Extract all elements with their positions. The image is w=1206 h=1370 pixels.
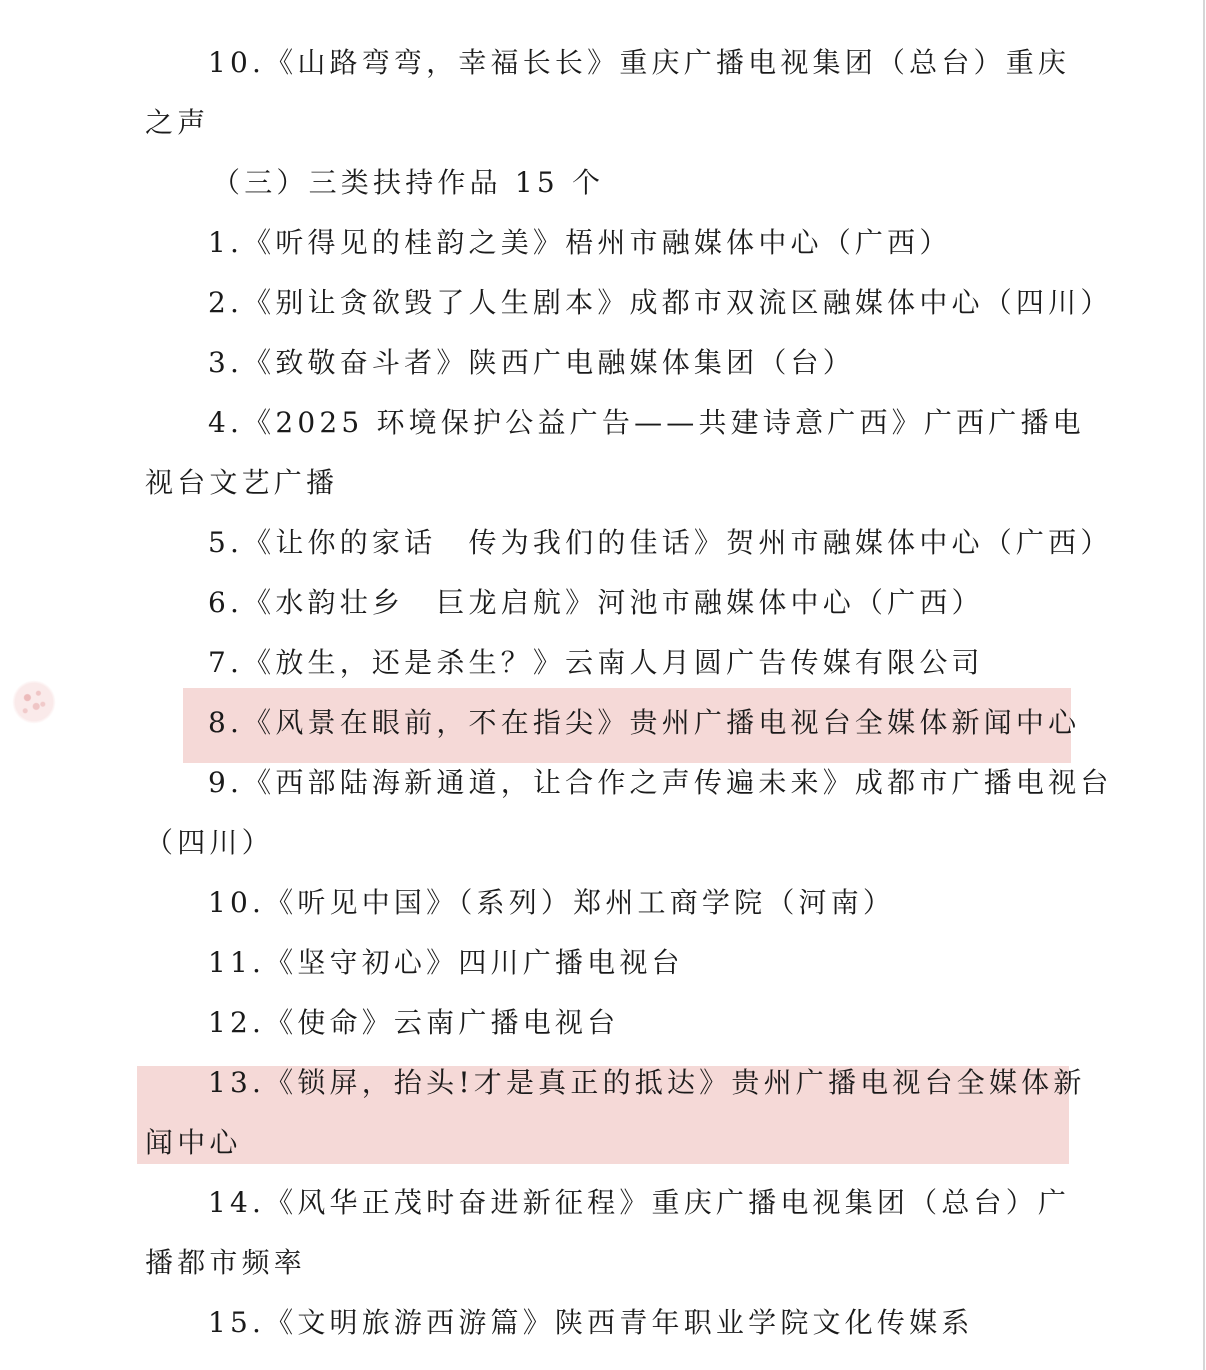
- list-item-9: 9.《西部陆海新通道，让合作之声传遍未来》成都市广播电视台: [208, 753, 1113, 813]
- page-edge-divider: [1203, 0, 1205, 1370]
- list-item-2: 2.《别让贪欲毁了人生剧本》成都市双流区融媒体中心（四川）: [208, 273, 1113, 333]
- list-item-9-continuation: （四川）: [145, 813, 274, 873]
- list-item-4-continuation: 视台文艺广播: [145, 453, 338, 513]
- list-item-7: 7.《放生，还是杀生？》云南人月圆广告传媒有限公司: [208, 633, 984, 693]
- list-item-10: 10.《听见中国》（系列）郑州工商学院（河南）: [208, 873, 895, 933]
- list-item-11: 11.《坚守初心》四川广播电视台: [208, 933, 684, 993]
- list-item-13-continuation: 闻中心: [145, 1113, 242, 1173]
- list-item-4: 4.《2025 环境保护公益广告——共建诗意广西》广西广播电: [208, 393, 1085, 453]
- list-item-1: 1.《听得见的桂韵之美》梧州市融媒体中心（广西）: [208, 213, 952, 273]
- list-item-prev-10: 10.《山路弯弯，幸福长长》重庆广播电视集团（总台）重庆: [208, 33, 1070, 93]
- seal-stamp-fragment: [12, 680, 56, 724]
- list-item-5: 5.《让你的家话 传为我们的佳话》贺州市融媒体中心（广西）: [208, 513, 1113, 573]
- list-item-8: 8.《风景在眼前，不在指尖》贵州广播电视台全媒体新闻中心: [208, 693, 1080, 753]
- list-item-14-continuation: 播都市频率: [145, 1233, 306, 1293]
- list-item-12: 12.《使命》云南广播电视台: [208, 993, 619, 1053]
- list-item-15: 15.《文明旅游西游篇》陕西青年职业学院文化传媒系: [208, 1293, 974, 1353]
- list-item-3: 3.《致敬奋斗者》陕西广电融媒体集团（台）: [208, 333, 855, 393]
- section-heading-category-3: （三）三类扶持作品 15 个: [212, 153, 604, 213]
- list-item-13: 13.《锁屏，抬头!才是真正的抵达》贵州广播电视台全媒体新: [208, 1053, 1086, 1113]
- list-item-6: 6.《水韵壮乡 巨龙启航》河池市融媒体中心（广西）: [208, 573, 984, 633]
- list-item-prev-10-continuation: 之声: [145, 93, 209, 153]
- list-item-14: 14.《风华正茂时奋进新征程》重庆广播电视集团（总台）广: [208, 1173, 1070, 1233]
- document-page: 10.《山路弯弯，幸福长长》重庆广播电视集团（总台）重庆 之声 （三）三类扶持作…: [0, 0, 1206, 1370]
